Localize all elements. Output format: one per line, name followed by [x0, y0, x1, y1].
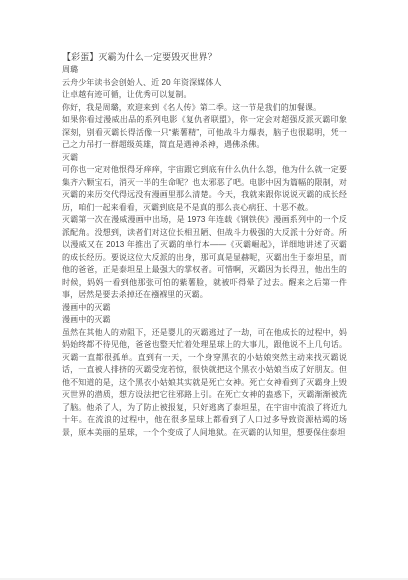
- article-page: 【彩蛋】灭霸为什么一定要毁灭世界？ 周璐 云舟少年读书会创始人、近 20 年资深…: [0, 0, 408, 580]
- intro-paragraph: 如果你看过漫威出品的系列电影《复仇者联盟》，你一定会对超强反派灭霸印象深刻，别看…: [62, 114, 347, 152]
- author-name: 周璐: [62, 64, 347, 77]
- author-bio: 云舟少年读书会创始人、近 20 年资深媒体人: [62, 77, 347, 90]
- author-block: 周璐 云舟少年读书会创始人、近 20 年资深媒体人 让卓越有迹可循，让优秀可以复…: [62, 64, 347, 102]
- section2-paragraph-1: 虽然在其他人的劝阻下，还是婴儿的灭霸逃过了一劫，可在他成长的过程中，妈妈始终都不…: [62, 327, 347, 440]
- author-motto: 让卓越有迹可循，让优秀可以复制。: [62, 89, 347, 102]
- section-heading-thanos-in-comics-repeat: 漫画中的灭霸: [62, 314, 347, 327]
- section1-paragraph-1: 可你也一定对他恨得牙痒痒，宇宙跟它到底有什么仇什么怨，他为什么就一定要集齐六颗宝…: [62, 164, 347, 214]
- section-heading-thanos-in-comics: 漫画中的灭霸: [62, 302, 347, 315]
- section-heading-thanos: 灭霸: [62, 152, 347, 165]
- article-content: 【彩蛋】灭霸为什么一定要毁灭世界？ 周璐 云舟少年读书会创始人、近 20 年资深…: [0, 0, 408, 439]
- section1-paragraph-2: 灭霸第一次在漫威漫画中出场，是 1973 年连载《钢铁侠》漫画系列中的一个反派配…: [62, 214, 347, 302]
- page-title: 【彩蛋】灭霸为什么一定要毁灭世界？: [62, 51, 347, 64]
- greeting-paragraph: 你好，我是周璐，欢迎来到《名人传》第二季。这一节是我们的加餐课。: [62, 102, 347, 115]
